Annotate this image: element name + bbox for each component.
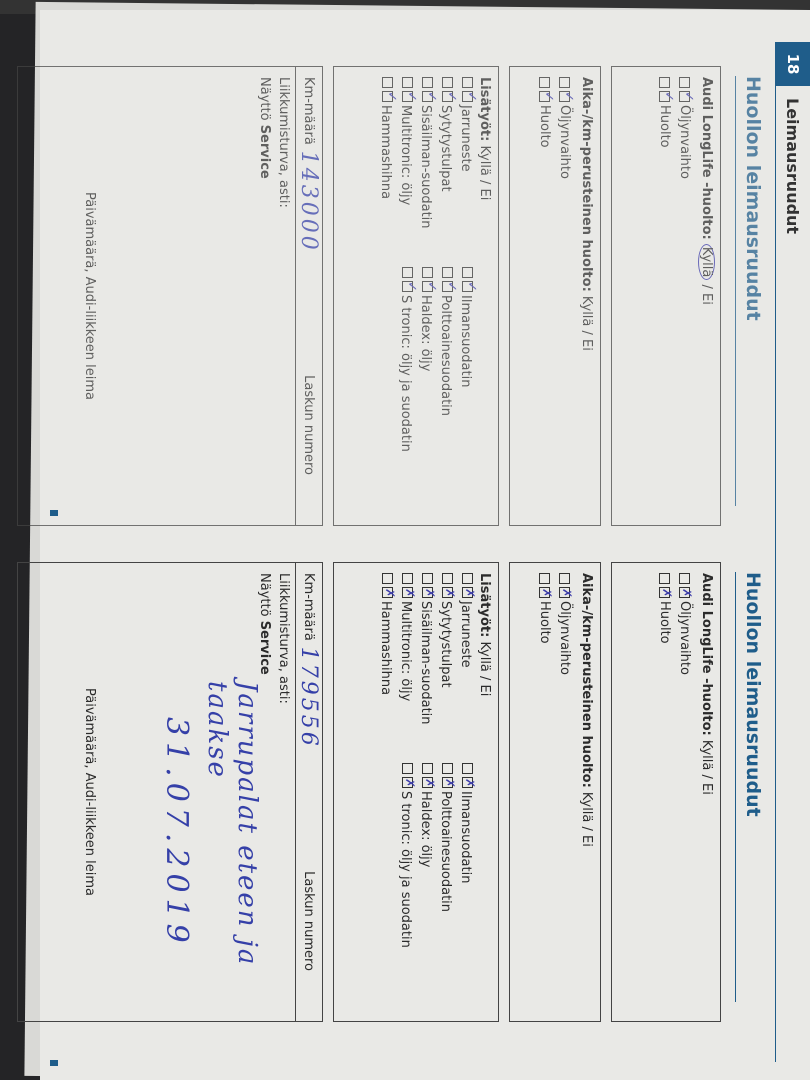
checkbox[interactable] [382,77,393,88]
checklist-item: Haldex: öljy [413,763,433,1003]
checkbox-checked[interactable] [382,587,393,598]
checklist-item-label: Haldex: öljy [418,295,433,371]
longlife-options: Kyllä / Ei [698,244,715,305]
checkbox-checked[interactable] [442,91,453,102]
km-row: Km-määrä 179556 Laskun numero [295,563,322,1021]
corner-marker [50,510,58,516]
checklist-item: Jarruneste [453,573,473,763]
checkbox-checked[interactable] [660,587,671,598]
longlife-label: Audi LongLife -huolto: [699,573,714,736]
longlife-options: Kyllä / Ei [699,740,714,795]
checklist-item: Polttoainesuodatin [433,763,453,1003]
km-label: Km-määrä [302,77,317,145]
time-km-header: Aika-/km-perusteinen huolto: Kyllä / Ei [579,573,594,1011]
checkbox-checked[interactable] [402,777,413,788]
checklist-item: Öljynvaihto [675,573,695,1011]
checkbox-checked[interactable] [402,91,413,102]
checklist-item: Multitronic: öljy [393,573,413,763]
extras-header: Lisätyöt: Kyllä / Ei [477,573,492,1011]
time-km-label: Aika-/km-perusteinen huolto: [579,77,594,292]
checkbox[interactable] [462,77,473,88]
checklist-item-label: Sisäilman-suodatin [418,105,433,229]
checklist-item: Hammashihna [373,573,393,763]
stamp-box: Km-määrä 179556 Laskun numero Liikkumist… [17,562,323,1022]
checkbox[interactable] [660,573,671,584]
checkbox[interactable] [560,573,571,584]
checkbox[interactable] [442,267,453,278]
stamp-box: Km-määrä 143000 Laskun numero Liikkumist… [17,66,323,526]
time-km-label: Aika-/km-perusteinen huolto: [579,573,594,788]
extras-label: Lisätyöt: [477,573,492,637]
invoice-number-label: Laskun numero [302,871,317,971]
checklist-item: Sytytystulpat [433,573,453,763]
checkbox[interactable] [462,267,473,278]
checklist-item-label: Haldex: öljy [418,791,433,867]
checklist-item-label: Öljynvaihto [678,105,693,179]
checkbox-checked[interactable] [540,91,551,102]
extras-options: Kyllä / Ei [477,145,492,200]
checklist-item-label: Öljynvaihto [678,601,693,675]
handwritten-note [254,185,262,505]
checklist-item-label: Huolto [658,105,673,148]
handwritten-note: Jarrupalat eteen ja taakse 31.07.2019 [159,681,262,1001]
checklist-item-label: Ilmansuodatin [458,791,473,883]
page-number-tab: 18 [776,42,810,86]
checkbox[interactable] [382,573,393,584]
checklist-item-label: Huolto [538,601,553,644]
checklist-item-label: Sytytystulpat [438,601,453,688]
selected-option-circle: Kyllä [698,244,715,280]
warranty-label: Liikkumisturva, asti: [276,67,295,525]
checklist-item: Öljynvaihto [675,77,695,515]
checklist-item: Öljynvaihto [555,77,575,515]
checklist-item: Haldex: öljy [413,267,433,507]
header-rule [775,42,776,1062]
checklist-item-label: S tronic: öljy ja suodatin [398,791,413,948]
checkbox-checked[interactable] [462,281,473,292]
checkbox-checked[interactable] [680,587,691,598]
checkbox-checked[interactable] [462,587,473,598]
checkbox[interactable] [422,573,433,584]
service-record-2: Huollon leimausruudut Audi LongLife -huo… [7,562,764,1022]
checkbox[interactable] [462,763,473,774]
checkbox-checked[interactable] [422,587,433,598]
checkbox[interactable] [540,573,551,584]
corner-marker [50,1060,58,1066]
checklist-item: Multitronic: öljy [393,77,413,267]
checklist-item-label: Öljynvaihto [558,105,573,179]
checkbox-checked[interactable] [462,91,473,102]
checklist-item: S tronic: öljy ja suodatin [393,267,413,507]
checkbox-checked[interactable] [680,91,691,102]
checkbox[interactable] [402,267,413,278]
checkbox[interactable] [442,77,453,88]
checklist-item-label: Hammashihna [378,601,393,695]
warranty-label: Liikkumisturva, asti: [276,563,295,1021]
checklist-item-label: Polttoainesuodatin [438,791,453,912]
checklist-item: Huolto [655,573,675,1011]
checkbox[interactable] [680,77,691,88]
service-record-1: Huollon leimausruudut Audi LongLife -huo… [7,66,764,526]
checklist-item: Huolto [535,77,555,515]
checkbox[interactable] [660,77,671,88]
checkbox-checked[interactable] [422,281,433,292]
stamp-date-label: Päivämäärä, Audi-liikkeen leima [82,67,97,525]
record-title: Huollon leimausruudut [735,76,764,506]
checklist-item: Öljynvaihto [555,573,575,1011]
checkbox-checked[interactable] [660,91,671,102]
checklist-item-label: Multitronic: öljy [398,105,413,205]
extras-box: Lisätyöt: Kyllä / Ei JarrunesteIlmansuod… [333,562,499,1022]
handwritten-note-text: Jarrupalat eteen ja taakse [202,681,262,1001]
checklist-item-label: Öljynvaihto [558,601,573,675]
checkbox[interactable] [402,573,413,584]
checkbox[interactable] [402,763,413,774]
checklist-item: Jarruneste [453,77,473,267]
checklist-item: Huolto [655,77,675,515]
stamp-date-label: Päivämäärä, Audi-liikkeen leima [82,563,97,1021]
checklist-item: Hammashihna [373,77,393,267]
handwritten-date: 31.07.2019 [159,717,194,1001]
longlife-header: Audi LongLife -huolto: Kyllä / Ei [699,77,714,515]
extras-label: Lisätyöt: [477,77,492,141]
checkbox[interactable] [422,77,433,88]
checkbox-checked[interactable] [560,587,571,598]
checkbox[interactable] [422,267,433,278]
longlife-header: Audi LongLife -huolto: Kyllä / Ei [699,573,714,1011]
checklist-item-label: Sisäilman-suodatin [418,601,433,725]
km-value-field[interactable]: 143000 [297,151,322,253]
checkbox[interactable] [422,763,433,774]
checkbox[interactable] [442,763,453,774]
checklist-item: Ilmansuodatin [453,267,473,507]
checkbox-checked[interactable] [462,777,473,788]
checkbox-checked[interactable] [422,91,433,102]
checkbox-checked[interactable] [540,587,551,598]
checklist-item-label: Ilmansuodatin [458,295,473,387]
checkbox-checked[interactable] [442,587,453,598]
extras-options: Kyllä / Ei [477,641,492,696]
longlife-label: Audi LongLife -huolto: [699,77,714,240]
checkbox-checked[interactable] [422,777,433,788]
time-km-options: Kyllä / Ei [579,296,594,351]
booklet-page: 18 Leimausruudut Huollon leimausruudut A… [40,10,810,1080]
time-km-box: Aika-/km-perusteinen huolto: Kyllä / Ei … [509,562,601,1022]
invoice-number-label: Laskun numero [302,375,317,475]
checklist-item-label: Multitronic: öljy [398,601,413,701]
checklist-item: S tronic: öljy ja suodatin [393,763,413,1003]
checkbox[interactable] [442,573,453,584]
checkbox[interactable] [462,573,473,584]
longlife-box: Audi LongLife -huolto: Kyllä / Ei Öljynv… [611,562,721,1022]
checklist-item: Huolto [535,573,555,1011]
checkbox-checked[interactable] [560,91,571,102]
extras-header: Lisätyöt: Kyllä / Ei [477,77,492,515]
extras-box: Lisätyöt: Kyllä / Ei JarrunesteIlmansuod… [333,66,499,526]
checklist-item-label: Sytytystulpat [438,105,453,192]
checklist-item-label: Jarruneste [458,601,473,668]
checklist-item-label: Polttoainesuodatin [438,295,453,416]
checkbox[interactable] [560,77,571,88]
time-km-header: Aika-/km-perusteinen huolto: Kyllä / Ei [579,77,594,515]
km-row: Km-määrä 143000 Laskun numero [295,67,322,525]
checkbox-checked[interactable] [382,91,393,102]
checkbox-checked[interactable] [402,587,413,598]
checklist-item: Polttoainesuodatin [433,267,453,507]
checkbox-checked[interactable] [442,281,453,292]
checkbox[interactable] [540,77,551,88]
checklist-item: Sisäilman-suodatin [413,77,433,267]
checklist-item-label: Huolto [658,601,673,644]
km-label: Km-määrä [302,573,317,641]
checklist-item-label: S tronic: öljy ja suodatin [398,295,413,452]
section-title: Leimausruudut [783,98,802,234]
checklist-item: Sytytystulpat [433,77,453,267]
checklist-item: Sisäilman-suodatin [413,573,433,763]
checklist-item: Ilmansuodatin [453,763,473,1003]
checklist-item-label: Hammashihna [378,105,393,199]
km-value-field[interactable]: 179556 [297,647,322,749]
checkbox-checked[interactable] [442,777,453,788]
checklist-item-label: Jarruneste [458,105,473,172]
checkbox[interactable] [402,77,413,88]
time-km-box: Aika-/km-perusteinen huolto: Kyllä / Ei … [509,66,601,526]
longlife-box: Audi LongLife -huolto: Kyllä / Ei Öljynv… [611,66,721,526]
checkbox-checked[interactable] [402,281,413,292]
checkbox[interactable] [680,573,691,584]
record-title: Huollon leimausruudut [735,572,764,1002]
time-km-options: Kyllä / Ei [579,792,594,847]
checklist-item-label: Huolto [538,105,553,148]
